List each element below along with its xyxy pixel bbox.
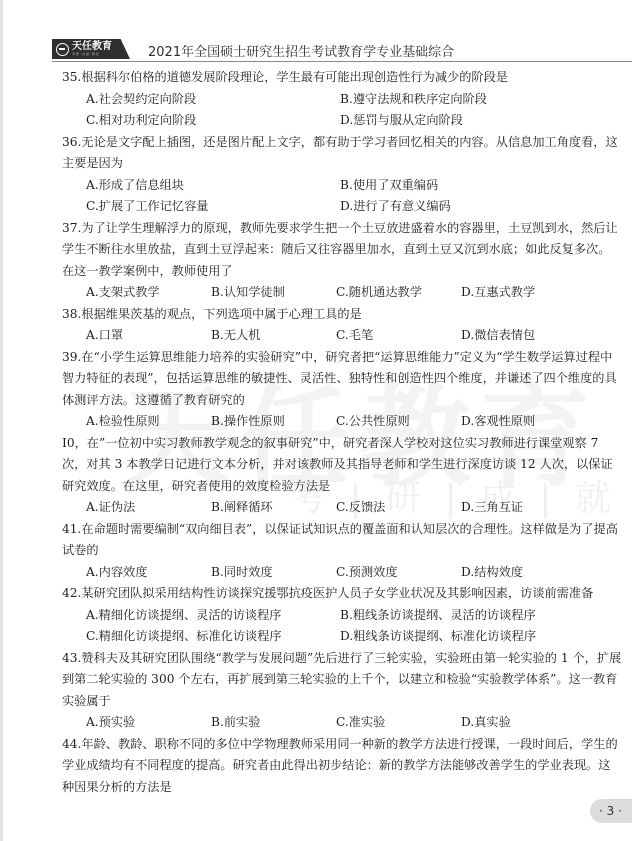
option-d: D.互惠式教学 (461, 282, 586, 304)
option-c: C.精细化访谈提纲、标准化访谈程序 (86, 626, 340, 648)
option-group: A.精细化访谈提纲、灵活的访谈程序 B.粗线条访谈提纲、灵活的访谈程序 C.精细… (62, 605, 622, 648)
page-number-badge: · 3 · (590, 799, 632, 823)
option-c: C.准实验 (336, 712, 461, 734)
option-d: D.结构效度 (461, 562, 586, 584)
option-d: D.进行了有意义编码 (340, 196, 594, 218)
question-43: 43.赞科夫及其研究团队围绕“教学与发展问题”先后进行了三轮实验，实验班由第一轮… (62, 648, 622, 734)
question-44: 44.年龄、教龄、职称不同的多位中学物理教师采用同一种新的教学方法进行授课，一段… (62, 734, 622, 799)
option-b: B.阐释循环 (211, 497, 336, 519)
question-37: 37.为了让学生理解浮力的原现，教师先要求学生把一个土豆放进盛着水的容器里，土豆… (62, 218, 622, 304)
option-group: A.检验性原则 B.操作性原则 C.公共性原则 D.客观性原则 (62, 411, 622, 433)
option-b: B.使用了双重编码 (340, 175, 594, 197)
publisher-logo: 天任教育 考研·出版·研究 (52, 39, 130, 59)
option-b: B.操作性原则 (211, 411, 336, 433)
question-stem: 42.某研究团队拟采用结构性访谈探究援鄂抗疫医护人员子女学业状况及其影响因素，访… (62, 583, 622, 605)
question-stem: 44.年龄、教龄、职称不同的多位中学物理教师采用同一种新的教学方法进行授课，一段… (62, 734, 622, 799)
option-d: D.惩罚与服从定向阶段 (340, 110, 594, 132)
option-a: A.形成了信息组块 (86, 175, 340, 197)
option-b: B.粗线条访谈提纲、灵活的访谈程序 (340, 605, 594, 627)
option-c: C.公共性原则 (336, 411, 461, 433)
question-stem: 37.为了让学生理解浮力的原现，教师先要求学生把一个土豆放进盛着水的容器里，土豆… (62, 218, 622, 283)
logo-name: 天任教育 (72, 42, 112, 52)
option-a: A.检验性原则 (86, 411, 211, 433)
option-c: C.随机通达教学 (336, 282, 461, 304)
question-stem: 41.在命题时需要编制“双向细目表”，以保证试知识点的覆盖面和认知层次的合理性。… (62, 519, 622, 562)
option-b: B.遵守法规和秩序定向阶段 (340, 89, 594, 111)
option-b: B.同时效度 (211, 562, 336, 584)
option-group: A.支架式教学 B.认知学徒制 C.随机通达教学 D.互惠式教学 (62, 282, 622, 304)
logo-text-group: 天任教育 考研·出版·研究 (72, 42, 112, 56)
option-c: C.毛笔 (336, 325, 461, 347)
question-38: 38.根据维果茨基的观点，下列选项中属于心理工具的是 A.口罩 B.无人机 C.… (62, 304, 622, 347)
question-42: 42.某研究团队拟采用结构性访谈探究援鄂抗疫医护人员子女学业状况及其影响因素，访… (62, 583, 622, 648)
option-d: D.粗线条访谈提纲、标准化访谈程序 (340, 626, 594, 648)
page-left-edge (0, 0, 3, 841)
question-36: 36.无论是文字配上插图，还是图片配上文字，都有助于学习者回忆相关的内容。从信息… (62, 132, 622, 218)
option-c: C.预测效度 (336, 562, 461, 584)
option-group: A.形成了信息组块 B.使用了双重编码 C.扩展了工作记忆容量 D.进行了有意义… (62, 175, 622, 218)
option-a: A.支架式教学 (86, 282, 211, 304)
option-c: C.反馈法 (336, 497, 461, 519)
question-stem: 38.根据维果茨基的观点，下列选项中属于心理工具的是 (62, 304, 622, 326)
logo-subtitle: 考研·出版·研究 (72, 53, 112, 56)
question-stem: I0，在”一位初中实习教师教学观念的叙事研究”中，研究者深人学校对这位实习教师进… (62, 433, 622, 498)
question-list: 35.根据科尔伯格的道德发展阶段理论，学生最有可能出现创造性行为减少的阶段是 A… (62, 67, 622, 798)
exam-title: 2021年全国硕士研究生招生考试教育学专业基础综合 (148, 41, 454, 60)
option-d: D.三角互证 (461, 497, 586, 519)
option-d: D.微信表情包 (461, 325, 586, 347)
option-d: D.客观性原则 (461, 411, 586, 433)
option-a: A.社会契约定向阶段 (86, 89, 340, 111)
option-b: B.认知学徒制 (211, 282, 336, 304)
question-41: 41.在命题时需要编制“双向细目表”，以保证试知识点的覆盖面和认知层次的合理性。… (62, 519, 622, 584)
option-a: A.内容效度 (86, 562, 211, 584)
option-a: A.精细化访谈提纲、灵活的访谈程序 (86, 605, 340, 627)
question-39: 39.在“小学生运算思维能力培养的实验研究”中，研究者把“运算思维能力”定义为“… (62, 347, 622, 433)
option-b: B.无人机 (211, 325, 336, 347)
question-stem: 36.无论是文字配上插图，还是图片配上文字，都有助于学习者回忆相关的内容。从信息… (62, 132, 622, 175)
option-group: A.内容效度 B.同时效度 C.预测效度 D.结构效度 (62, 562, 622, 584)
option-a: A.证伪法 (86, 497, 211, 519)
option-group: A.口罩 B.无人机 C.毛笔 D.微信表情包 (62, 325, 622, 347)
question-stem: 39.在“小学生运算思维能力培养的实验研究”中，研究者把“运算思维能力”定义为“… (62, 347, 622, 412)
option-d: D.真实验 (461, 712, 586, 734)
question-35: 35.根据科尔伯格的道德发展阶段理论，学生最有可能出现创造性行为减少的阶段是 A… (62, 67, 622, 132)
option-b: B.前实验 (211, 712, 336, 734)
option-a: A.口罩 (86, 325, 211, 347)
question-stem: 43.赞科夫及其研究团队围绕“教学与发展问题”先后进行了三轮实验，实验班由第一轮… (62, 648, 622, 713)
emblem-icon (56, 43, 69, 56)
question-stem: 35.根据科尔伯格的道德发展阶段理论，学生最有可能出现创造性行为减少的阶段是 (62, 67, 622, 89)
option-group: A.社会契约定向阶段 B.遵守法规和秩序定向阶段 C.相对功利定向阶段 D.惩罚… (62, 89, 622, 132)
option-group: A.预实验 B.前实验 C.准实验 D.真实验 (62, 712, 622, 734)
option-c: C.扩展了工作记忆容量 (86, 196, 340, 218)
option-group: A.证伪法 B.阐释循环 C.反馈法 D.三角互证 (62, 497, 622, 519)
option-c: C.相对功利定向阶段 (86, 110, 340, 132)
page-header: 天任教育 考研·出版·研究 2021年全国硕士研究生招生考试教育学专业基础综合 (52, 39, 632, 62)
option-a: A.预实验 (86, 712, 211, 734)
question-40: I0，在”一位初中实习教师教学观念的叙事研究”中，研究者深人学校对这位实习教师进… (62, 433, 622, 519)
